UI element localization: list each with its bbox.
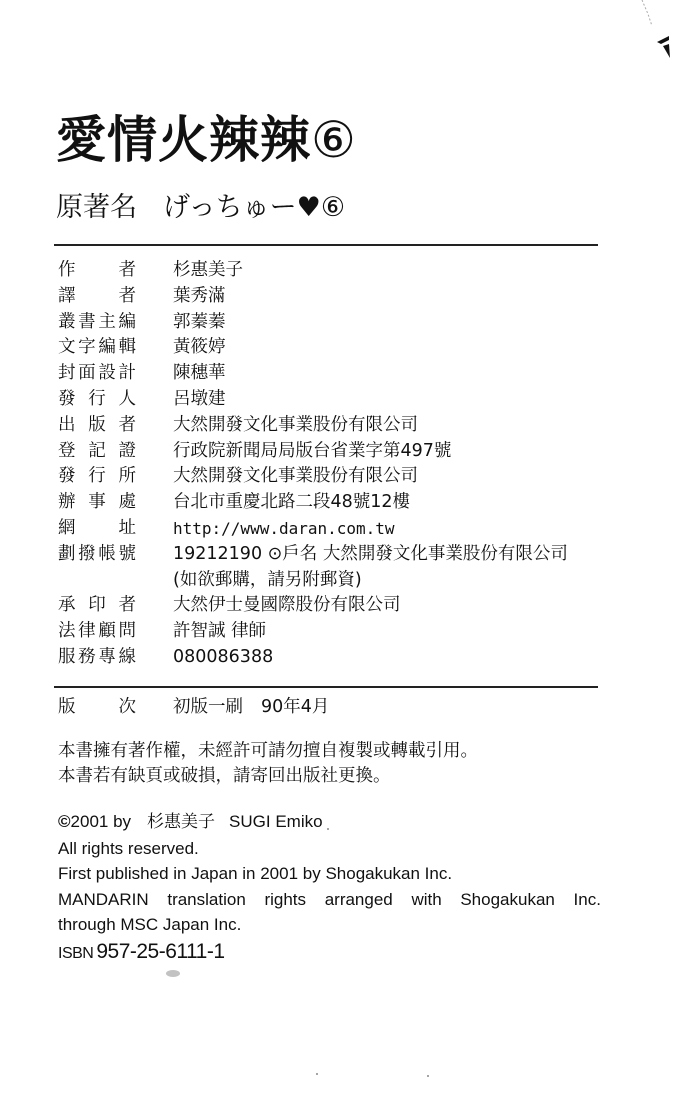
- credit-label: 發行人: [58, 387, 136, 413]
- credit-row: 服務專線080086388: [58, 645, 658, 671]
- credit-label: 叢書主編: [58, 310, 136, 336]
- translation-word: translation: [167, 887, 245, 913]
- credit-label: 譯者: [58, 284, 136, 310]
- credit-row: 發行所大然開發文化事業股份有限公司: [58, 464, 658, 490]
- credit-label: 法律顧問: [58, 619, 136, 645]
- credit-value: 呂墩建: [173, 387, 226, 413]
- notice-line: 本書擁有著作權，未經許可請勿擅自複製或轉載引用。: [58, 739, 478, 764]
- translation-word: with: [411, 887, 441, 913]
- credit-row: 發行人呂墩建: [58, 387, 658, 413]
- credit-value: 陳穗華: [173, 361, 226, 387]
- isbn-number: 957-25-6111-1: [96, 940, 224, 963]
- credit-label: 服務專線: [58, 645, 136, 671]
- translation-word: rights: [264, 887, 306, 913]
- credit-value: 台北市重慶北路二段48號12樓: [173, 490, 410, 516]
- credit-row: 譯者葉秀滿: [58, 284, 658, 310]
- credit-row: (如欲郵購，請另附郵資): [58, 568, 658, 594]
- through-agency: through MSC Japan Inc.: [58, 912, 603, 938]
- credit-label: 作者: [58, 258, 136, 284]
- credit-row: 法律顧問許智誠 律師: [58, 619, 658, 645]
- translation-word: arranged: [325, 887, 393, 913]
- colophon-page: 愛情火辣辣⑥ 原著名げっちゅー♥⑥ 作者杉惠美子譯者葉秀滿叢書主編郭蓁蓁文字編輯…: [0, 0, 691, 1100]
- english-copyright-block: ©2001 by杉惠美子SUGI Emiko All rights reserv…: [58, 809, 603, 966]
- original-title-value: げっちゅー: [163, 192, 297, 223]
- ink-smudge: [166, 970, 180, 977]
- heart-icon: ♥: [297, 192, 321, 223]
- credit-value: (如欲郵購，請另附郵資): [173, 568, 362, 594]
- credit-label: 網址: [58, 516, 136, 542]
- credit-row: 文字編輯黃筱婷: [58, 335, 658, 361]
- book-title-text: 愛情火辣辣: [56, 111, 311, 169]
- divider-bottom: [54, 686, 598, 688]
- isbn: ISBN957-25-6111-1: [58, 939, 603, 967]
- scan-corner-artifact-icon: [655, 30, 673, 60]
- credit-row: 叢書主編郭蓁蓁: [58, 310, 658, 336]
- website-link[interactable]: http://www.daran.com.tw: [173, 516, 395, 542]
- credit-label: 辦事處: [58, 490, 136, 516]
- notice-line: 本書若有缺頁或破損，請寄回出版社更換。: [58, 764, 478, 789]
- credit-value: 杉惠美子: [173, 258, 243, 284]
- original-title: 原著名げっちゅー♥⑥: [56, 190, 345, 226]
- edition-date: 90年4月: [261, 697, 329, 717]
- credit-value: 大然開發文化事業股份有限公司: [173, 413, 418, 439]
- credit-row: 辦事處台北市重慶北路二段48號12樓: [58, 490, 658, 516]
- credit-value: 許智誠 律師: [173, 619, 266, 645]
- edition-label: 版 次: [58, 694, 136, 720]
- credit-value: 葉秀滿: [173, 284, 226, 310]
- credit-value: 行政院新聞局局版台省業字第497號: [173, 439, 451, 465]
- scan-speck: [327, 828, 329, 830]
- copyright-notices: 本書擁有著作權，未經許可請勿擅自複製或轉載引用。 本書若有缺頁或破損，請寄回出版…: [58, 739, 478, 789]
- credit-label: 承印者: [58, 593, 136, 619]
- first-published: First published in Japan in 2001 by Shog…: [58, 861, 603, 887]
- credit-row: 網址http://www.daran.com.tw: [58, 516, 658, 542]
- author-chinese: 杉惠美子: [147, 812, 215, 832]
- copyright-line: ©2001 by杉惠美子SUGI Emiko: [58, 809, 603, 836]
- credit-label: 發行所: [58, 464, 136, 490]
- scan-speck: [316, 1073, 318, 1075]
- credit-row: 封面設計陳穗華: [58, 361, 658, 387]
- edition-value: 初版一刷90年4月: [173, 694, 329, 720]
- credit-value: 19212190 ⊙戶名 大然開發文化事業股份有限公司: [173, 542, 568, 568]
- credit-value: 大然伊士曼國際股份有限公司: [173, 593, 401, 619]
- original-volume-mark: ⑥: [321, 192, 345, 223]
- volume-number-mark: ⑥: [311, 111, 357, 169]
- isbn-label: ISBN: [58, 945, 93, 962]
- credit-row: 劃撥帳號19212190 ⊙戶名 大然開發文化事業股份有限公司: [58, 542, 658, 568]
- copyright-year: 2001 by: [71, 812, 132, 831]
- credit-row: 作者杉惠美子: [58, 258, 658, 284]
- credit-row: 承印者大然伊士曼國際股份有限公司: [58, 593, 658, 619]
- credit-value: 黃筱婷: [173, 335, 226, 361]
- copyright-icon: ©: [58, 812, 71, 831]
- credit-value: 080086388: [173, 645, 273, 671]
- credit-label: 封面設計: [58, 361, 136, 387]
- edition-row: 版 次 初版一刷90年4月: [58, 694, 458, 720]
- credits-list: 作者杉惠美子譯者葉秀滿叢書主編郭蓁蓁文字編輯黃筱婷封面設計陳穗華發行人呂墩建出版…: [58, 258, 658, 671]
- book-title: 愛情火辣辣⑥: [56, 110, 357, 170]
- translation-word: Shogakukan: [460, 887, 555, 913]
- credit-label: 出版者: [58, 413, 136, 439]
- edition-printing: 初版一刷: [173, 697, 243, 717]
- credit-value: 郭蓁蓁: [173, 310, 226, 336]
- original-title-label: 原著名: [56, 192, 137, 223]
- translation-word: Inc.: [574, 887, 601, 913]
- credit-label: 文字編輯: [58, 335, 136, 361]
- credit-label: 劃撥帳號: [58, 542, 136, 568]
- divider-top: [54, 244, 598, 246]
- credit-row: 出版者大然開發文化事業股份有限公司: [58, 413, 658, 439]
- rights-reserved: All rights reserved.: [58, 836, 603, 862]
- credit-value: 大然開發文化事業股份有限公司: [173, 464, 418, 490]
- translation-word: MANDARIN: [58, 887, 149, 913]
- credit-label: 登記證: [58, 439, 136, 465]
- credit-row: 登記證行政院新聞局局版台省業字第497號: [58, 439, 658, 465]
- author-english: SUGI Emiko: [229, 812, 323, 831]
- translation-rights: MANDARINtranslationrightsarrangedwithSho…: [58, 887, 601, 913]
- scan-speck: [427, 1075, 429, 1077]
